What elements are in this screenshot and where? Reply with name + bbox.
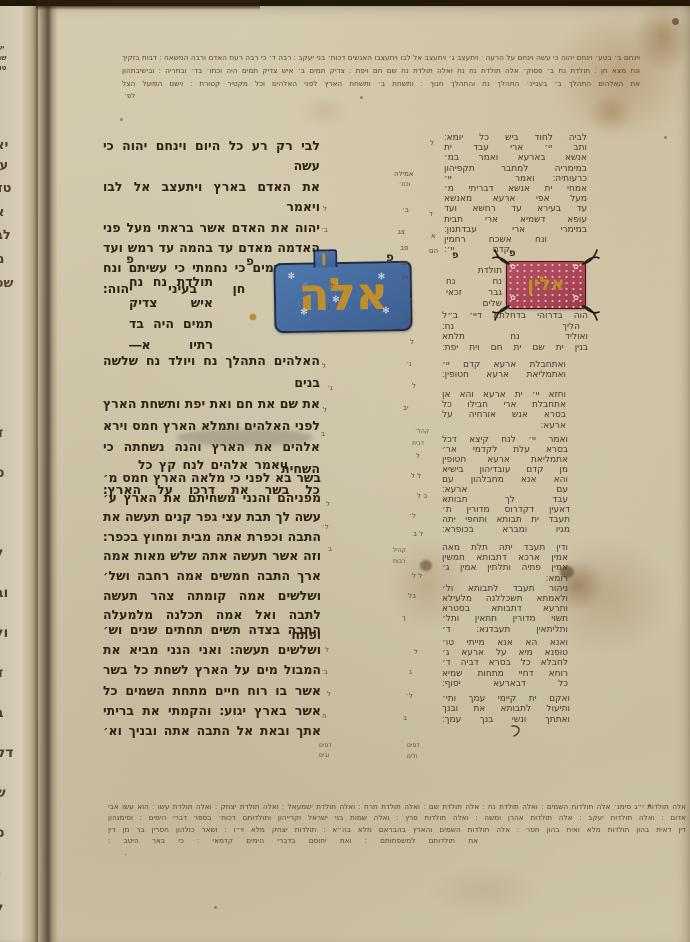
cutoff-letter-fragment: לב: [0, 228, 11, 243]
cutoff-letter-fragment: מ: [0, 252, 4, 267]
masorah-parva-note: צג: [398, 228, 405, 236]
masorah-parva-note: ל: [327, 690, 331, 698]
masorah-parva-note: ד: [429, 210, 433, 218]
cutoff-letter-fragment: ול: [0, 625, 8, 641]
masorah-parva-note: ג: [409, 668, 412, 676]
masorah-parva-note: דסים: [407, 742, 420, 749]
masorah-parva-note: ל: [323, 406, 327, 414]
masorah-parva-note: ל: [414, 648, 418, 656]
masorah-parva-note: בל: [408, 592, 416, 600]
masorah-parva-note: רבות: [393, 558, 405, 565]
masorah-parva-note: נ׳: [406, 360, 412, 368]
cutoff-letter-fragment: ב: [0, 705, 4, 721]
cutoff-letter-fragment: ל: [0, 900, 3, 916]
cutoff-letter-fragment: א: [0, 205, 4, 220]
masorah-parva-note: ל ב: [413, 530, 423, 538]
cutoff-letter-fragment: וב: [0, 585, 8, 601]
cutoff-letter-fragment: ישי: [0, 44, 4, 52]
masorah-parva-note: ל: [326, 500, 330, 508]
cutoff-letter-fragment: ז: [0, 505, 1, 521]
cutoff-letter-fragment: שפ: [0, 276, 13, 291]
masorah-parva-note: קהל׳: [415, 428, 429, 435]
cutoff-letter-fragment: ט: [0, 465, 5, 481]
parchment-leaf: וינחם ב׳ בטע׳ וינחם יהוה כי עשה וינחם על…: [0, 0, 690, 942]
masorah-parva-note: ל: [412, 382, 416, 390]
cutoff-letter-fragment: שנ׳: [0, 54, 7, 62]
masorah-parva-notes: לאמילהוכת׳ב׳דלב׳צגאפבהםיצרועללב׳לו׳נ׳ללג…: [0, 0, 690, 942]
masorah-parva-note: פב: [400, 244, 408, 252]
masorah-parva-note: ל: [430, 139, 434, 147]
masorah-parva-note: ל׳: [406, 692, 413, 700]
masorah-parva-note: וכת׳: [399, 181, 410, 188]
binding-gutter: [36, 0, 58, 942]
page-top-edge-shadow: [36, 0, 260, 10]
masorah-parva-note: ג׳: [327, 384, 333, 392]
masorah-parva-note: הם: [429, 247, 438, 255]
masorah-parva-note: ב׳: [404, 316, 411, 324]
masorah-parva-note: ב ל: [417, 492, 427, 500]
masorah-parva-note: דבית: [412, 440, 424, 447]
masorah-parva-note: ל: [330, 282, 334, 290]
masorah-parva-note: ל ל: [412, 572, 422, 580]
masorah-parva-note: ב: [403, 714, 407, 722]
masorah-parva-note: ובים: [319, 752, 329, 759]
masorah-parva-note: יב: [403, 404, 409, 412]
cutoff-letter-fragment: יא: [0, 138, 8, 153]
masorah-parva-note: ב׳: [321, 226, 328, 234]
masorah-parva-note: ל׳: [322, 523, 329, 531]
masorah-parva-note: ל: [416, 452, 420, 460]
masorah-parva-note: ל: [410, 338, 414, 346]
cutoff-letter-fragment: נ: [0, 865, 1, 881]
cutoff-letter-fragment: דק: [0, 745, 14, 761]
masorah-parva-note: ב: [321, 430, 325, 438]
cutoff-letter-fragment: ד: [0, 425, 3, 441]
masorah-parva-note: ולים: [407, 753, 417, 760]
cutoff-letter-fragment: ט: [0, 825, 5, 841]
cutoff-letter-fragment: ל: [0, 545, 3, 561]
masorah-parva-note: ל׳: [409, 512, 416, 520]
masorah-parva-note: ׳: [124, 852, 127, 860]
masorah-parva-note: ה: [322, 712, 327, 720]
facing-page-edge: ישישנ׳טוריאעוטדאלבמשפדטזלובולדבדקשטנל: [0, 0, 38, 942]
masorah-parva-note: ב׳: [321, 668, 328, 676]
masorah-parva-note: ל: [322, 362, 326, 370]
masorah-parva-note: ב: [328, 545, 332, 553]
cutoff-letter-fragment: ד: [0, 665, 3, 681]
cutoff-letter-fragment: ש: [0, 785, 6, 801]
masorah-parva-note: ל: [325, 646, 329, 654]
masorah-parva-note: דסים: [319, 742, 332, 749]
masorah-parva-note: ל ל: [411, 472, 421, 480]
cutoff-letter-fragment: טור: [0, 64, 6, 72]
manuscript-scan: וינחם ב׳ בטע׳ וינחם יהוה כי עשה וינחם על…: [0, 0, 690, 942]
masorah-parva-note: ב׳: [402, 206, 409, 214]
masorah-parva-note: ו׳: [325, 303, 330, 311]
masorah-parva-note: אמילה: [394, 170, 414, 178]
masorah-parva-note: קהיל: [393, 547, 406, 554]
masorah-parva-note: יצר: [398, 259, 408, 267]
masorah-parva-note: א: [431, 232, 436, 240]
cutoff-letter-fragment: טד: [0, 181, 11, 196]
masorah-parva-note: ל: [323, 205, 327, 213]
masorah-parva-note: ל: [408, 296, 412, 304]
masorah-parva-note: ך: [402, 614, 406, 622]
masorah-parva-note: וע: [402, 273, 408, 281]
cutoff-letter-fragment: עו: [0, 158, 8, 173]
